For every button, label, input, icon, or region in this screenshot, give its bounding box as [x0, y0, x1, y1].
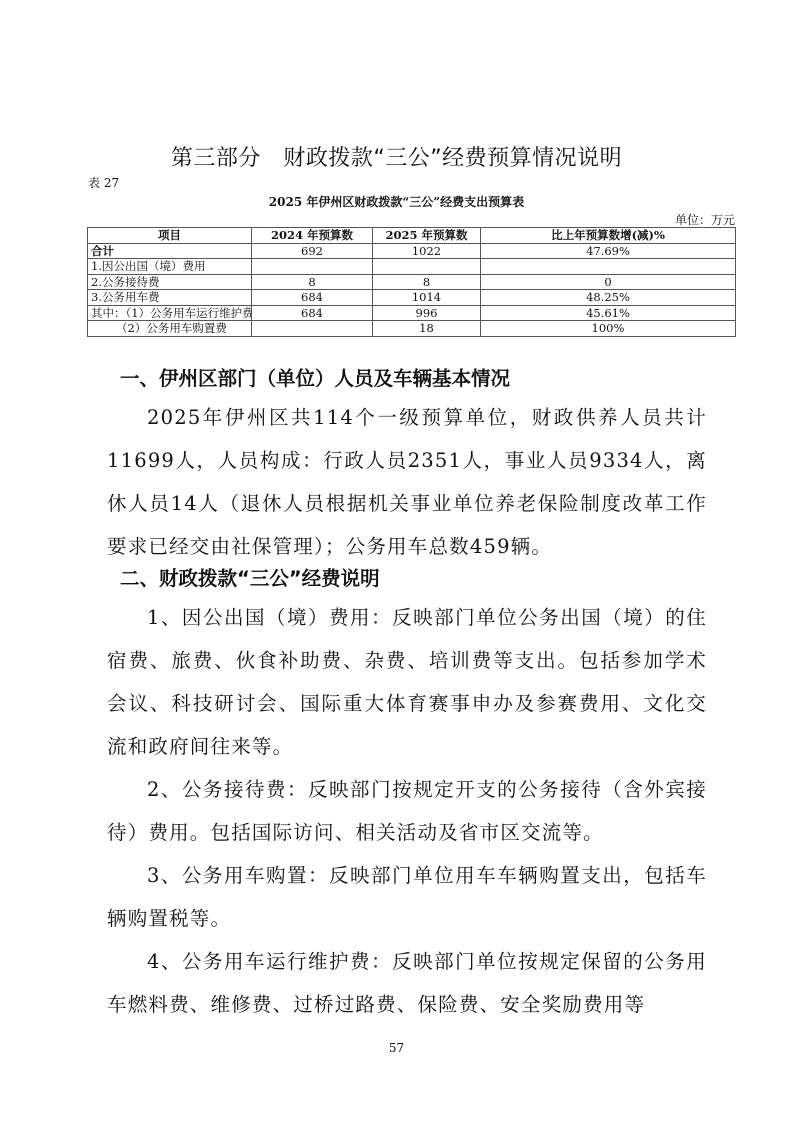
row-change: 47.69%	[481, 243, 736, 259]
table-number: 表 27	[88, 174, 119, 191]
row-2024: 692	[252, 243, 373, 259]
table-row: 3.公务用车费 684 1014 48.25%	[88, 290, 736, 306]
table-row: 其中：（1）公务用车运行维护费 684 996 45.61%	[88, 305, 736, 321]
row-2025	[373, 259, 481, 275]
table-row-total: 合计 692 1022 47.69%	[88, 243, 736, 259]
section-2-paragraph-2: 2、公务接待费：反映部门按规定开支的公务接待（含外宾接待）费用。包括国际访问、相…	[107, 768, 707, 854]
row-item: （2）公务用车购置费	[88, 321, 252, 337]
table-row: 1.因公出国（境）费用	[88, 259, 736, 275]
section-heading-1: 一、伊州区部门（单位）人员及车辆基本情况	[120, 363, 510, 391]
row-change: 0	[481, 274, 736, 290]
part-title: 第三部分 财政拨款“三公”经费预算情况说明	[0, 141, 793, 172]
col-header-2024: 2024 年预算数	[252, 228, 373, 244]
row-2024: 684	[252, 305, 373, 321]
table-title: 2025 年伊州区财政拨款“三公”经费支出预算表	[0, 193, 793, 210]
section-2-paragraph-1: 1、因公出国（境）费用：反映部门单位公务出国（境）的住宿费、旅费、伙食补助费、杂…	[107, 596, 707, 768]
row-2024: 8	[252, 274, 373, 290]
section-2-paragraph-4: 4、公务用车运行维护费：反映部门单位按规定保留的公务用车燃料费、维修费、过桥过路…	[107, 940, 707, 1026]
row-item: 3.公务用车费	[88, 290, 252, 306]
table-row: （2）公务用车购置费 18 100%	[88, 321, 736, 337]
row-2024: 684	[252, 290, 373, 306]
budget-table: 项目 2024 年预算数 2025 年预算数 比上年预算数增(减)% 合计 69…	[87, 227, 736, 337]
col-header-change: 比上年预算数增(减)%	[481, 228, 736, 244]
row-item: 其中：（1）公务用车运行维护费	[88, 305, 252, 321]
row-item: 2.公务接待费	[88, 274, 252, 290]
section-1-paragraph: 2025年伊州区共114个一级预算单位，财政供养人员共计11699人，人员构成：…	[107, 396, 707, 568]
row-item: 合计	[88, 243, 252, 259]
row-2025: 996	[373, 305, 481, 321]
row-2025: 18	[373, 321, 481, 337]
col-header-item: 项目	[88, 228, 252, 244]
row-2025: 1022	[373, 243, 481, 259]
table-row: 2.公务接待费 8 8 0	[88, 274, 736, 290]
row-2024	[252, 321, 373, 337]
page-number: 57	[0, 1041, 793, 1055]
col-header-2025: 2025 年预算数	[373, 228, 481, 244]
row-2025: 8	[373, 274, 481, 290]
row-2024	[252, 259, 373, 275]
section-heading-2: 二、财政拨款“三公”经费说明	[120, 563, 380, 591]
row-2025: 1014	[373, 290, 481, 306]
row-change: 100%	[481, 321, 736, 337]
section-2-paragraph-3: 3、公务用车购置：反映部门单位用车车辆购置支出，包括车辆购置税等。	[107, 854, 707, 940]
table-unit: 单位：万元	[675, 211, 735, 228]
row-change: 48.25%	[481, 290, 736, 306]
table-header-row: 项目 2024 年预算数 2025 年预算数 比上年预算数增(减)%	[88, 228, 736, 244]
row-change	[481, 259, 736, 275]
row-change: 45.61%	[481, 305, 736, 321]
row-item: 1.因公出国（境）费用	[88, 259, 252, 275]
